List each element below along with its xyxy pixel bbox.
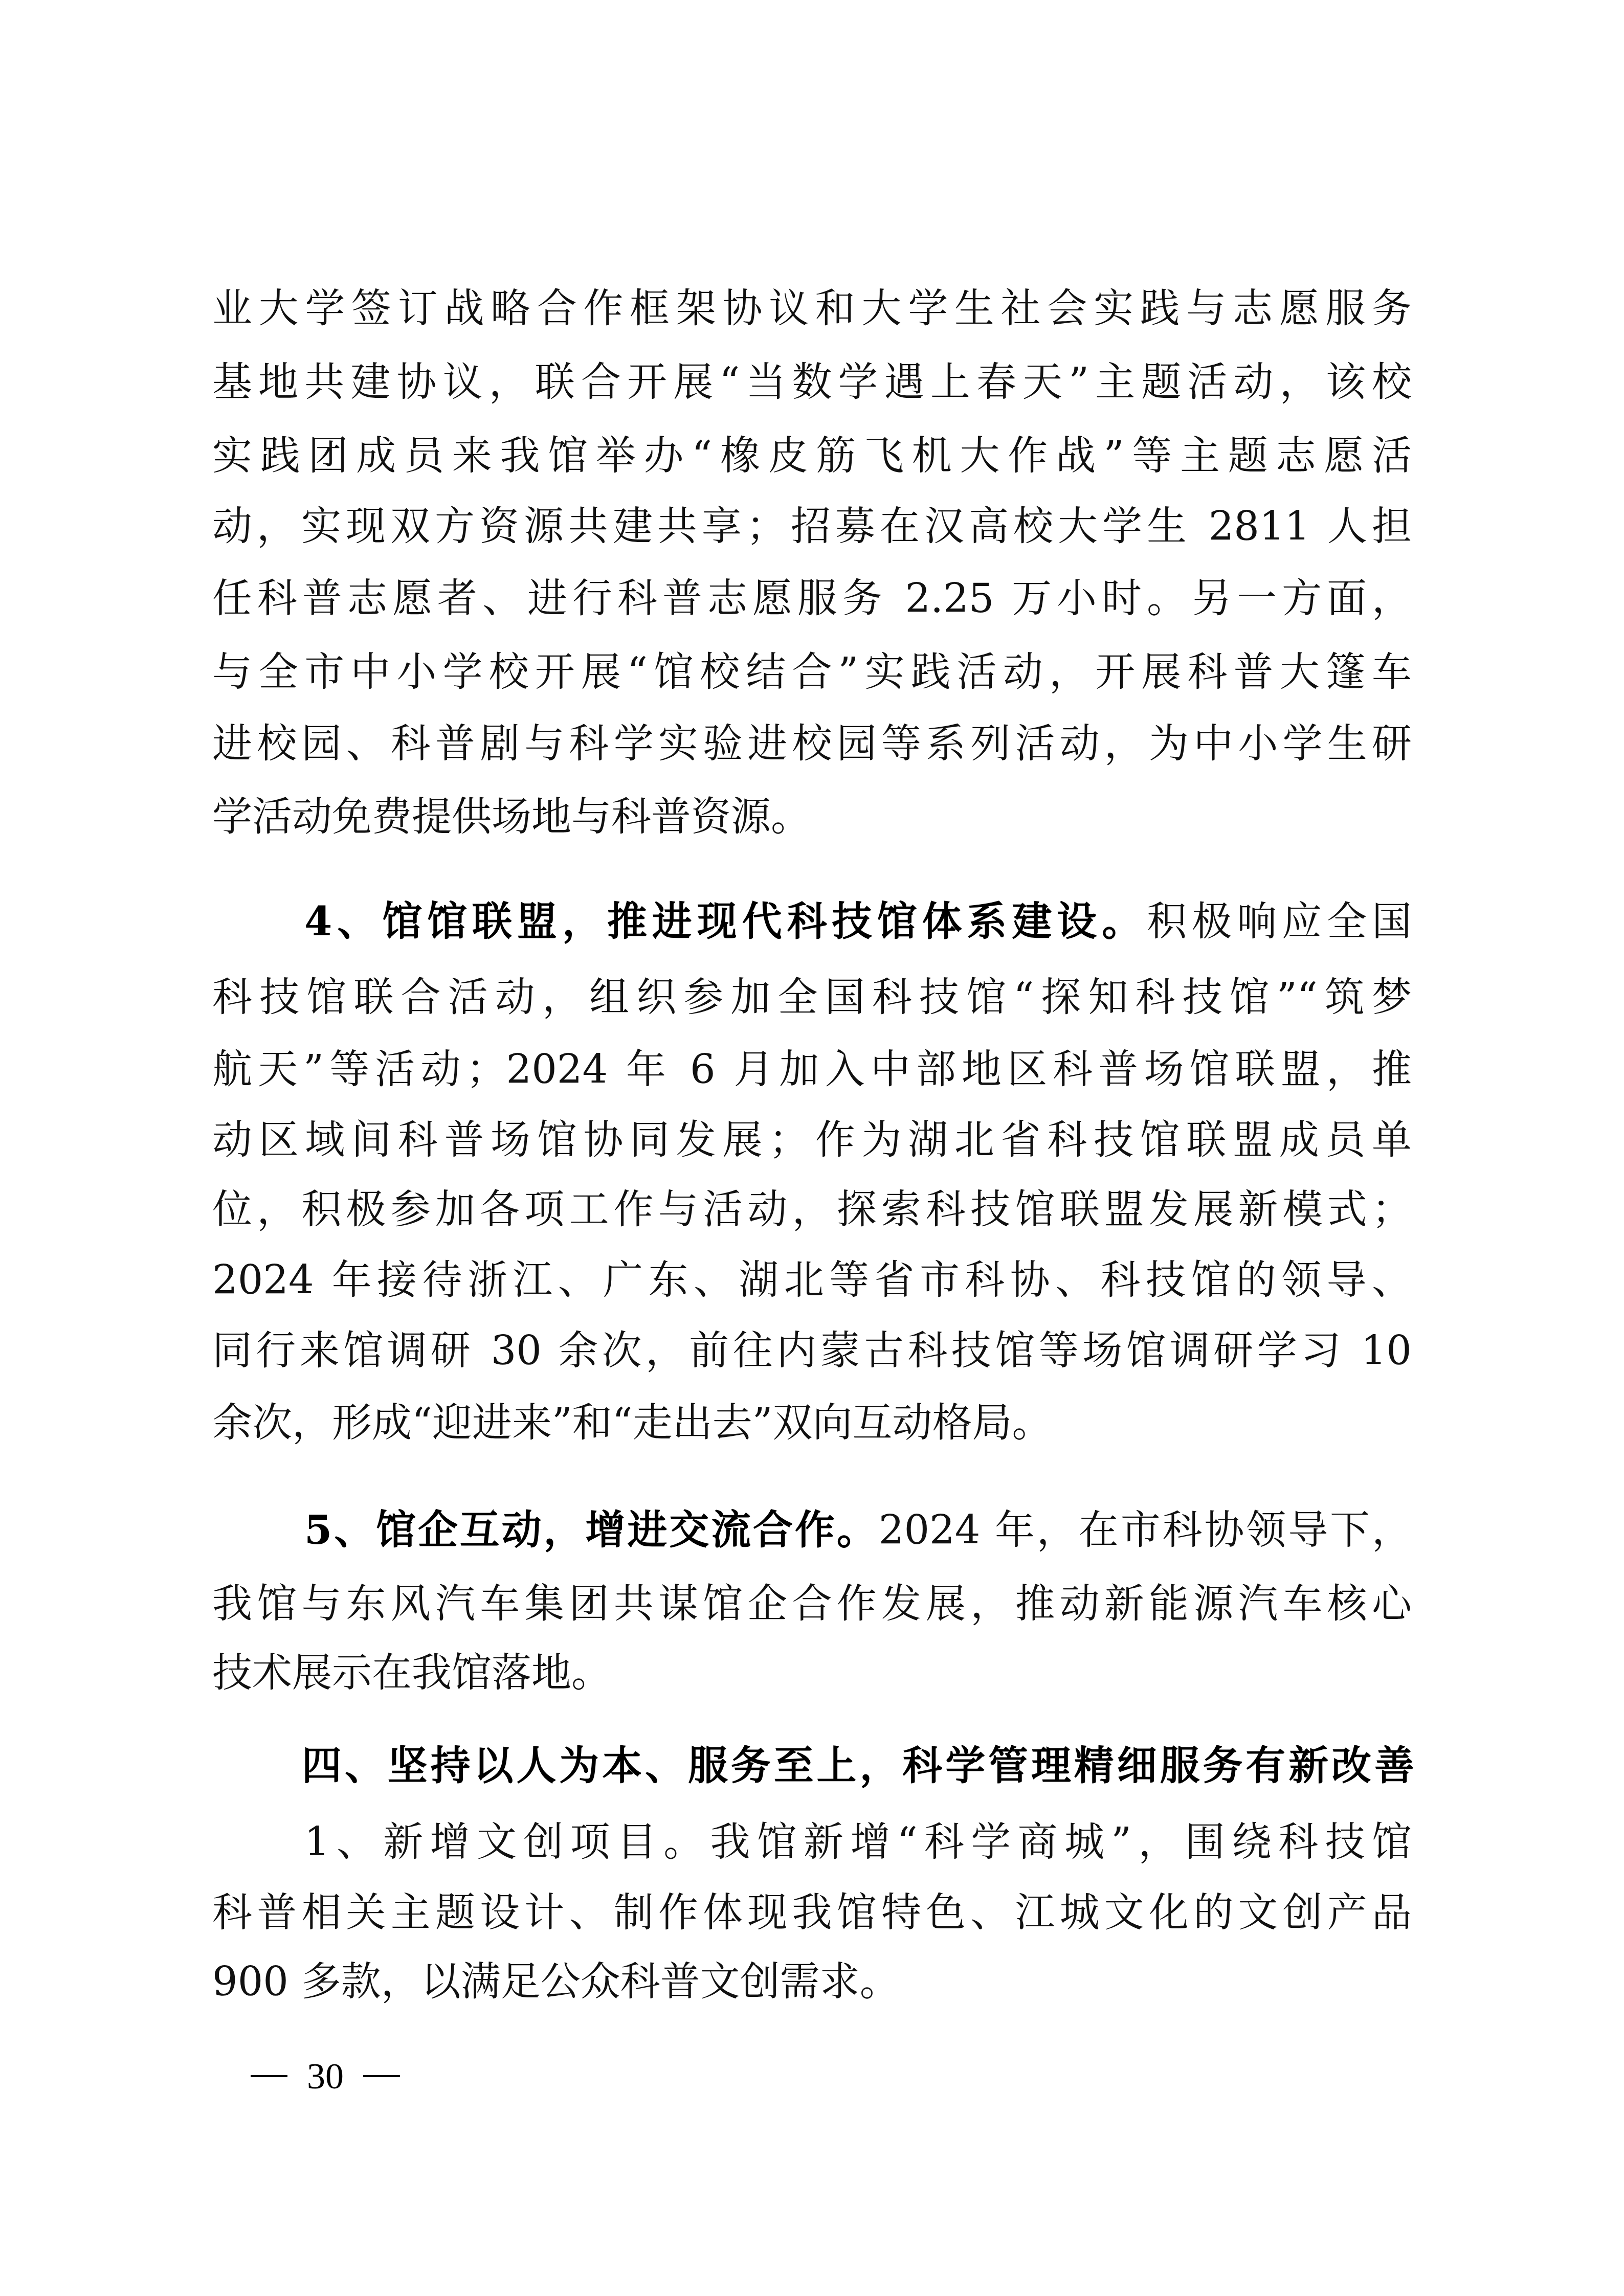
body-line: 900 多款，以满足公众科普文创需求。 xyxy=(212,1954,1412,2010)
body-line: 动区域间科普场馆协同发展；作为湖北省科技馆联盟成员单 xyxy=(212,1112,1412,1168)
item-5-first-rest: 2024 年，在市科协领导下， xyxy=(879,1507,1412,1554)
item-5-first-line: 5、馆企互动，增进交流合作。2024 年，在市科协领导下， xyxy=(304,1502,1412,1559)
item-1-first-line: 1、新增文创项目。我馆新增“科学商城”，围绕科技馆 xyxy=(304,1814,1412,1871)
body-line: 业大学签订战略合作框架协议和大学生社会实践与志愿服务 xyxy=(212,281,1412,337)
item-4-first-rest: 积极响应全国 xyxy=(1147,899,1412,945)
page-number: 30 xyxy=(251,2051,400,2102)
body-line: 航天”等活动；2024 年 6 月加入中部地区科普场馆联盟，推 xyxy=(212,1042,1412,1098)
body-line: 基地共建协议，联合开展“当数学遇上春天”主题活动，该校 xyxy=(212,354,1412,411)
body-line: 任科普志愿者、进行科普志愿服务 2.25 万小时。另一方面， xyxy=(212,571,1412,627)
item-4-lead: 4、馆馆联盟，推进现代科技馆体系建设。 xyxy=(304,898,1147,945)
body-line: 与全市中小学校开展“馆校结合”实践活动，开展科普大篷车 xyxy=(212,644,1412,701)
body-line: 学活动免费提供场地与科普资源。 xyxy=(212,789,1412,845)
body-line: 科技馆联合活动，组织参加全国科技馆“探知科技馆”“筑梦 xyxy=(212,970,1412,1026)
item-4-first-line: 4、馆馆联盟，推进现代科技馆体系建设。积极响应全国 xyxy=(304,894,1412,950)
dash-right xyxy=(363,2075,400,2077)
body-line: 动，实现双方资源共建共享；招募在汉高校大学生 2811 人担 xyxy=(212,499,1412,555)
body-line: 科普相关主题设计、制作体现我馆特色、江城文化的文创产品 xyxy=(212,1885,1412,1941)
body-line: 同行来馆调研 30 余次，前往内蒙古科技馆等场馆调研学习 10 xyxy=(212,1323,1412,1379)
body-line: 位，积极参加各项工作与活动，探索科技馆联盟发展新模式； xyxy=(212,1182,1412,1238)
body-line: 进校园、科普剧与科学实验进校园等系列活动，为中小学生研 xyxy=(212,716,1412,772)
body-line: 技术展示在我馆落地。 xyxy=(212,1645,1412,1701)
item-5-lead: 5、馆企互动，增进交流合作。 xyxy=(304,1507,879,1554)
dash-left xyxy=(251,2075,287,2077)
body-line: 2024 年接待浙江、广东、湖北等省市科协、科技馆的领导、 xyxy=(212,1252,1412,1309)
body-line: 我馆与东风汽车集团共谋馆企合作发展，推动新能源汽车核心 xyxy=(212,1576,1412,1632)
document-page: 业大学签订战略合作框架协议和大学生社会实践与志愿服务 基地共建协议，联合开展“当… xyxy=(0,0,1624,2296)
body-line: 实践团成员来我馆举办“橡皮筋飞机大作战”等主题志愿活 xyxy=(212,428,1412,484)
body-line: 余次，形成“迎进来”和“走出去”双向互动格局。 xyxy=(212,1395,1412,1451)
section-heading: 四、坚持以人为本、服务至上，科学管理精细服务有新改善 xyxy=(302,1738,1414,1794)
page-number-value: 30 xyxy=(307,2051,344,2102)
